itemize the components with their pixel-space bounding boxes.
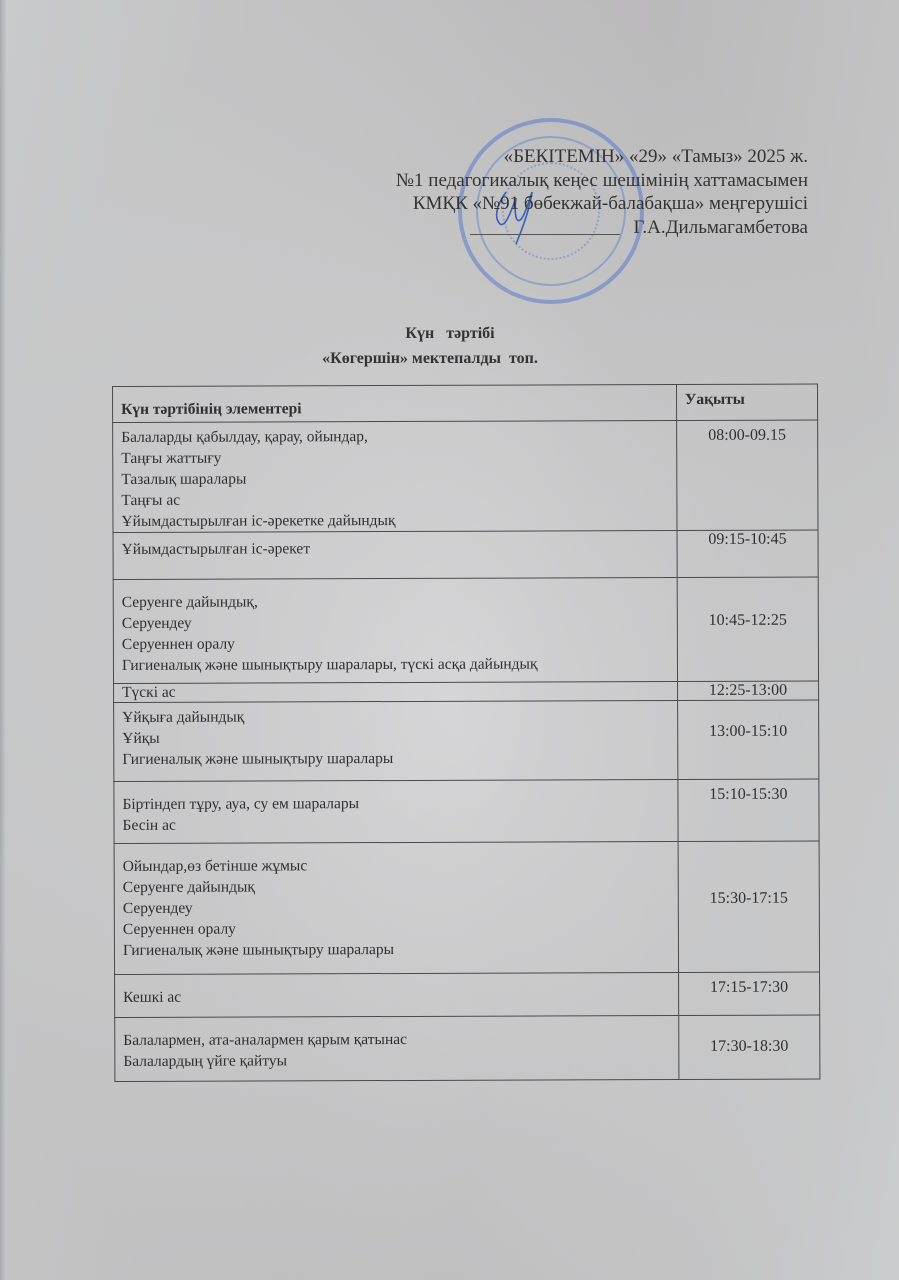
activity-cell: Балалармен, ата-аналармен қарым қатынасБ… <box>115 1016 679 1082</box>
table-row: Ұйымдастырылған іс-әрекет09:15-10:45 <box>113 530 818 579</box>
table-row: Ұйқыға дайындықҰйқыГигиеналық және шынық… <box>114 700 819 781</box>
approval-line: КМҚК «№91 бөбекжай-балабақша» меңгерушіс… <box>300 192 808 216</box>
time-range: 10:45-12:25 <box>678 578 818 630</box>
activity-item: Біртіндеп тұру, ауа, су ем шаралары <box>122 792 677 815</box>
time-range: 15:30-17:15 <box>679 842 819 908</box>
activity-item: Серуенге дайындық <box>123 875 678 898</box>
time-range: 12:25-13:00 <box>678 682 818 700</box>
activity-item: Кешкі ас <box>123 985 678 1008</box>
table-row: Кешкі ас17:15-17:30 <box>115 972 820 1017</box>
activity-item: Бесін ас <box>122 813 677 836</box>
table-row: Түскі ас12:25-13:00 <box>114 681 819 702</box>
activity-item: Ұйқы <box>122 726 677 749</box>
time-range: 15:10-15:30 <box>678 780 818 804</box>
activity-cell: Ойындар,өз бетінше жұмысСеруенге дайынды… <box>114 842 678 975</box>
activity-item: Түскі ас <box>122 682 677 701</box>
activity-item: Балалармен, ата-аналармен қарым қатынас <box>123 1028 678 1051</box>
time-range: 08:00-09.15 <box>677 421 817 445</box>
time-cell: 08:00-09.15 <box>677 420 818 530</box>
time-range: 09:15-10:45 <box>677 531 817 549</box>
activity-item: Гигиеналық және шынықтыру шаралары <box>123 938 678 961</box>
time-range: 13:00-15:10 <box>678 701 818 741</box>
table-row: Серуенге дайындық,СеруендеуСеруеннен ора… <box>113 577 818 683</box>
time-cell: 17:30-18:30 <box>679 1015 820 1079</box>
activity-item: Ойындар,өз бетінше жұмыс <box>123 854 678 877</box>
activity-item: Серуендеу <box>123 896 678 919</box>
activity-cell: Кешкі ас <box>115 973 679 1018</box>
approval-line: «БЕКІТЕМІН» «29» «Тамыз» 2025 ж. <box>300 145 808 169</box>
activity-item: Балалардың үйге қайтуы <box>123 1049 678 1072</box>
time-cell: 09:15-10:45 <box>677 530 818 577</box>
activity-item: Гигиеналық және шынықтыру шаралары, түск… <box>122 653 677 676</box>
table-header-row: Күн тәртібінің элементері Уақыты <box>113 384 818 422</box>
header-time: Уақыты <box>676 384 817 420</box>
time-cell: 12:25-13:00 <box>677 681 818 700</box>
daily-schedule-table: Күн тәртібінің элементері Уақыты Балалар… <box>112 384 820 1082</box>
activity-cell: Балаларды қабылдау, қарау, ойындар,Таңғы… <box>113 421 677 533</box>
table-row: Балаларды қабылдау, қарау, ойындар,Таңғы… <box>113 420 818 532</box>
time-cell: 10:45-12:25 <box>677 577 818 681</box>
time-cell: 15:10-15:30 <box>678 779 819 841</box>
approver-name: Г.А.Дильмагамбетова <box>300 216 808 240</box>
time-cell: 15:30-17:15 <box>678 841 820 972</box>
activity-item: Ұйымдастырылған іс-әрекетке дайындық <box>121 509 676 532</box>
time-range: 17:15-17:30 <box>679 973 819 997</box>
paper-edge-shadow <box>0 0 6 1280</box>
approval-line: №1 педагогикалық кеңес шешімінің хаттама… <box>300 169 808 193</box>
activity-cell: Біртіндеп тұру, ауа, су ем шараларыБесін… <box>114 780 678 844</box>
activity-item: Балаларды қабылдау, қарау, ойындар, <box>121 425 676 448</box>
activity-item: Серуеннен оралу <box>122 632 677 655</box>
activity-item: Гигиеналық және шынықтыру шаралары <box>122 747 677 770</box>
table-row: Балалармен, ата-аналармен қарым қатынасБ… <box>115 1015 820 1081</box>
document-title: Күн тәртібі <box>250 325 650 343</box>
activity-cell: Серуенге дайындық,СеруендеуСеруеннен ора… <box>113 578 677 684</box>
header-activity: Күн тәртібінің элементері <box>113 385 677 423</box>
table-row: Біртіндеп тұру, ауа, су ем шараларыБесін… <box>114 779 819 843</box>
table-row: Ойындар,өз бетінше жұмысСеруенге дайынды… <box>114 841 819 974</box>
activity-item: Ұйқыға дайындық <box>122 705 677 728</box>
time-cell: 17:15-17:30 <box>678 972 819 1015</box>
activity-item: Серуеннен оралу <box>123 917 678 940</box>
activity-cell: Ұйқыға дайындықҰйқыГигиеналық және шынық… <box>114 701 678 782</box>
activity-item: Ұйымдастырылған іс-әрекет <box>122 537 677 560</box>
activity-cell: Түскі ас <box>114 682 678 703</box>
activity-item: Серуенге дайындық, <box>122 590 677 613</box>
activity-cell: Ұйымдастырылған іс-әрекет <box>113 531 677 580</box>
time-cell: 13:00-15:10 <box>678 700 819 779</box>
time-range: 17:30-18:30 <box>679 1016 819 1056</box>
activity-item: Таңғы ас <box>121 488 676 511</box>
activity-item: Таңғы жаттығу <box>121 446 676 469</box>
approval-block: «БЕКІТЕМІН» «29» «Тамыз» 2025 ж. №1 педа… <box>300 145 808 239</box>
group-name: «Көгершін» мектепалды топ. <box>230 350 630 368</box>
activity-item: Тазалық шаралары <box>121 467 676 490</box>
activity-item: Серуендеу <box>122 611 677 634</box>
